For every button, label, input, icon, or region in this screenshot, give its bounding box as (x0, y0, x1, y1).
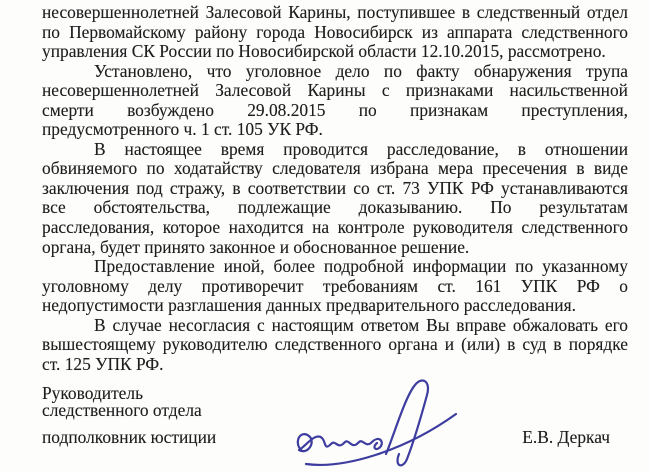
scanned-letter-page: несовершеннолетней Залесовой Карины, пос… (0, 0, 649, 473)
body-line: по Первомайскому району города Новосибир… (42, 23, 628, 43)
signoff-rank: подполковник юстиции (42, 428, 216, 447)
body-line: В случае несогласия с настоящим ответом … (42, 316, 628, 336)
body-line: обвиняемого по ходатайству следователя и… (42, 159, 628, 179)
body-line: несовершеннолетней Залесовой Карины с пр… (42, 81, 628, 101)
body-line: заключения под стражу, в соответствии со… (42, 179, 628, 199)
signoff-title: Руководитель следственного отдела (42, 385, 202, 419)
letter-body: несовершеннолетней Залесовой Карины, пос… (42, 3, 628, 374)
signature-scribble (288, 375, 466, 471)
body-line: Установлено, что уголовное дело по факту… (42, 62, 628, 82)
body-line: недопустимости разглашения данных предва… (42, 296, 628, 316)
signoff-name: Е.В. Деркач (522, 428, 610, 447)
body-line: уголовному делу противоречит требованиям… (42, 277, 628, 297)
body-line: несовершеннолетней Залесовой Карины, пос… (42, 3, 628, 23)
body-line: В настоящее время проводится расследован… (42, 140, 628, 160)
body-line: все обстоятельства, подлежащие доказыван… (42, 198, 628, 218)
body-line: органа, будет принято законное и обоснов… (42, 238, 628, 258)
signoff-title-line-2: следственного отдела (42, 402, 202, 419)
body-line: смерти возбуждено 29.08.2015 по признака… (42, 101, 628, 121)
body-line: Предоставление иной, более подробной инф… (42, 257, 628, 277)
body-line: управления СК России по Новосибирской об… (42, 42, 628, 62)
body-line: ст. 125 УПК РФ. (42, 355, 628, 375)
body-line: вышестоящему руководителю следственного … (42, 335, 628, 355)
body-line: предусмотренного ч. 1 ст. 105 УК РФ. (42, 120, 628, 140)
body-line: расследования, которое находится на конт… (42, 218, 628, 238)
